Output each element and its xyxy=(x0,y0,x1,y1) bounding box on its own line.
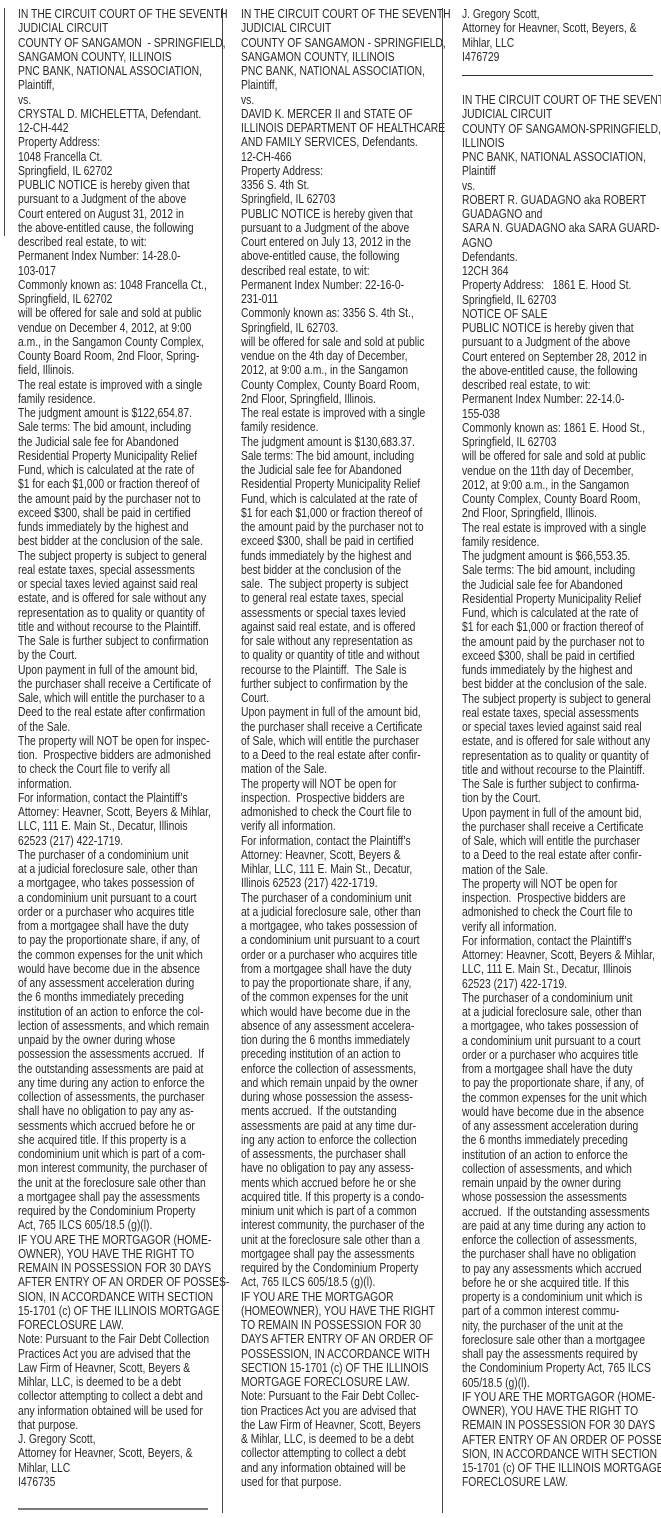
text-line: accrued. If the outstanding assessments xyxy=(462,1205,659,1219)
text-line: Property Address: xyxy=(241,164,438,178)
text-line: mortgagee shall pay the assessments xyxy=(241,1247,438,1261)
text-line: JUDICIAL CIRCUIT xyxy=(462,107,659,121)
text-line: 2nd Floor, Springfield, Illinois. xyxy=(462,506,659,520)
text-line: $1 for each $1,000 or fraction thereof o… xyxy=(241,506,438,520)
text-line: the Judicial sale fee for Abandoned xyxy=(462,578,659,592)
text-line: the purchaser shall receive a Certificat… xyxy=(18,677,215,691)
text-line: or special taxes levied against said rea… xyxy=(18,577,215,591)
text-line: 62523 (217) 422-1719. xyxy=(462,977,659,991)
text-line: pursuant to a Judgment of the above xyxy=(241,221,438,235)
text-line: institution of an action to enforce the xyxy=(462,1148,659,1162)
text-line: would have become due in the absence xyxy=(18,962,215,976)
text-line: IF YOU ARE THE MORTGAGOR (HOME- xyxy=(462,1390,659,1404)
text-line: Defendants. xyxy=(462,250,659,264)
text-line: enforce the collection of assessments, xyxy=(462,1233,659,1247)
text-line: have no obligation to pay any assess- xyxy=(241,1161,438,1175)
text-line: The subject property is subject to gener… xyxy=(462,692,659,706)
text-line: the Judicial sale fee for Abandoned xyxy=(241,463,438,477)
text-line: TO REMAIN IN POSSESSION FOR 30 xyxy=(241,1318,438,1332)
text-line: Attorney: Heavner, Scott, Beyers & xyxy=(241,848,438,862)
text-line: 103-017 xyxy=(18,264,215,278)
text-line: AFTER ENTRY OF AN ORDER OF POSSES- xyxy=(18,1275,215,1289)
text-line: unpaid by the owner during whose xyxy=(18,1033,215,1047)
text-line: Plaintiff xyxy=(462,164,659,178)
text-line: 12-CH-442 xyxy=(18,121,215,135)
text-line: described real estate, to wit: xyxy=(18,235,215,249)
text-line: Residential Property Municipality Relief xyxy=(462,592,659,606)
text-line: Court. xyxy=(241,691,438,705)
text-line: Note: Pursuant to the Fair Debt Collec- xyxy=(241,1389,438,1403)
text-line: Residential Property Municipality Relief xyxy=(18,449,215,463)
text-line: and any information obtained will be xyxy=(241,1461,438,1475)
text-line: Commonly known as: 1048 Francella Ct., xyxy=(18,278,215,292)
text-line: of assessments, the purchaser shall xyxy=(241,1147,438,1161)
text-line: 155-038 xyxy=(462,407,659,421)
text-line: further subject to confirmation by the xyxy=(241,677,438,691)
text-line: sessments which accrued before he or xyxy=(18,1119,215,1133)
text-line: order or a purchaser who acquires title xyxy=(18,905,215,919)
text-line: from a mortgagee shall have the duty xyxy=(462,1062,659,1076)
text-line: best bidder at the conclusion of the sal… xyxy=(462,677,659,691)
text-line: to general real estate taxes, special xyxy=(241,591,438,605)
text-line: Fund, which is calculated at the rate of xyxy=(462,606,659,620)
text-line: Sale, which will entitle the purchaser t… xyxy=(18,691,215,705)
text-line: For information, contact the Plaintiff’s xyxy=(18,791,215,805)
text-line: are paid at any time during any action t… xyxy=(462,1219,659,1233)
text-line: lection of assessments, and which remain xyxy=(18,1019,215,1033)
text-line: described real estate, to wit: xyxy=(462,378,659,392)
text-line: acquired title. If this property is a co… xyxy=(241,1190,438,1204)
text-line: pursuant to a Judgment of the above xyxy=(18,192,215,206)
text-line: FORECLOSURE LAW. xyxy=(18,1318,215,1332)
text-line: ments which accrued before he or she xyxy=(241,1176,438,1190)
text-line: FORECLOSURE LAW. xyxy=(462,1475,659,1489)
text-line: The purchaser of a condominium unit xyxy=(241,891,438,905)
text-line: I476729 xyxy=(462,50,659,64)
text-line: the 6 months immediately preceding xyxy=(462,1133,659,1147)
text-line: vendue on the 11th day of December, xyxy=(462,464,659,478)
text-line: I476735 xyxy=(18,1475,215,1489)
text-line: 2012, at 9:00 a.m., in the Sangamon xyxy=(462,478,659,492)
text-line: assessments are paid at any time dur- xyxy=(241,1119,438,1133)
text-line: pursuant to a Judgment of the above xyxy=(462,335,659,349)
text-line: a mortgagee, who takes possession of xyxy=(18,876,215,890)
text-line: admonished to check the Court file to xyxy=(462,905,659,919)
text-line: The subject property is subject to gener… xyxy=(18,549,215,563)
text-line: Act, 765 ILCS 605/18.5 (g)(l). xyxy=(241,1275,438,1289)
column-1: IN THE CIRCUIT COURT OF THE SEVENTHJUDIC… xyxy=(0,0,218,1518)
text-line: to quality or quantity of title and with… xyxy=(241,648,438,662)
text-line: family residence. xyxy=(241,420,438,434)
text-line: a condominium unit pursuant to a court xyxy=(462,1034,659,1048)
text-line: Court entered on September 28, 2012 in xyxy=(462,350,659,364)
text-line: OWNER), YOU HAVE THE RIGHT TO xyxy=(18,1247,215,1261)
column-3: J. Gregory Scott,Attorney for Heavner, S… xyxy=(442,0,660,1518)
text-line: shall have no obligation to pay any as- xyxy=(18,1104,215,1118)
text-line: real estate taxes, special assessments xyxy=(462,706,659,720)
text-line: any information obtained will be used fo… xyxy=(18,1404,215,1418)
text-line: of the common expenses for the unit xyxy=(241,990,438,1004)
text-line: absence of any assessment accelera- xyxy=(241,1019,438,1033)
text-line: County Complex, County Board Room, xyxy=(462,492,659,506)
text-line: possession the assessments accrued. If xyxy=(18,1047,215,1061)
text-line: Attorney for Heavner, Scott, Beyers, & xyxy=(18,1446,215,1460)
text-line: remain unpaid by the owner during xyxy=(462,1176,659,1190)
text-line: For information, contact the Plaintiff’s xyxy=(241,834,438,848)
text-line: SION, IN ACCORDANCE WITH SECTION xyxy=(18,1290,215,1304)
text-line: to pay the proportionate share, if any, … xyxy=(18,933,215,947)
text-line: Attorney: Heavner, Scott, Beyers & Mihla… xyxy=(462,948,659,962)
text-line: vs. xyxy=(18,93,215,107)
text-line: collection of assessments, and which xyxy=(462,1162,659,1176)
text-line: during whose possession the assess- xyxy=(241,1090,438,1104)
text-line: of the Sale. xyxy=(18,720,215,734)
notice-3-text: IN THE CIRCUIT COURT OF THE SEVENTHJUDIC… xyxy=(462,93,659,1490)
text-line: PUBLIC NOTICE is hereby given that xyxy=(462,321,659,335)
text-line: a mortgagee, who takes possession of xyxy=(241,919,438,933)
text-line: to pay the proportionate share, if any, … xyxy=(462,1076,659,1090)
text-line: LLC, 111 E. Main St., Decatur, Illinois xyxy=(462,962,659,976)
text-line: a condominium unit pursuant to a court xyxy=(18,891,215,905)
text-line: that purpose. xyxy=(18,1418,215,1432)
text-line: 62523 (217) 422-1719. xyxy=(18,834,215,848)
text-line: she acquired title. If this property is … xyxy=(18,1133,215,1147)
text-line: will be offered for sale and sold at pub… xyxy=(18,306,215,320)
text-line: sale. The subject property is subject xyxy=(241,577,438,591)
text-line: required by the Condominium Property xyxy=(18,1204,215,1218)
text-line: Permanent Index Number: 22-14.0- xyxy=(462,392,659,406)
text-line: or special taxes levied against said rea… xyxy=(462,720,659,734)
text-line: foreclosure sale other than a mortgagee xyxy=(462,1333,659,1347)
text-line: which would have become due in the xyxy=(241,1005,438,1019)
text-line: 12CH 364 xyxy=(462,264,659,278)
text-line: POSSESSION, IN ACCORDANCE WITH xyxy=(241,1347,438,1361)
text-line: The judgment amount is $66,553.35. xyxy=(462,549,659,563)
text-line: DAYS AFTER ENTRY OF AN ORDER OF xyxy=(241,1332,438,1346)
text-line: PNC BANK, NATIONAL ASSOCIATION, xyxy=(241,64,438,78)
text-line: COUNTY OF SANGAMON - SPRINGFIELD, xyxy=(241,36,438,50)
text-line: of Sale, which will entitle the purchase… xyxy=(462,834,659,848)
text-line: mation of the Sale. xyxy=(241,762,438,776)
text-line: AGNO xyxy=(462,236,659,250)
text-line: Attorney for Heavner, Scott, Beyers, & xyxy=(462,21,659,35)
text-line: Sale terms: The bid amount, including xyxy=(462,563,659,577)
text-line: tion. Prospective bidders are admonished xyxy=(18,748,215,762)
text-line: to pay any assessments which accrued xyxy=(462,1262,659,1276)
text-line: part of a common interest commu- xyxy=(462,1304,659,1318)
text-line: REMAIN IN POSSESSION FOR 30 DAYS xyxy=(462,1418,659,1432)
text-line: SANGAMON COUNTY, ILLINOIS xyxy=(18,50,215,64)
text-line: the unit at the foreclosure sale other t… xyxy=(18,1176,215,1190)
text-line: The property will NOT be open for inspec… xyxy=(18,734,215,748)
text-line: the above-entitled cause, the following xyxy=(462,364,659,378)
text-line: vs. xyxy=(241,93,438,107)
text-line: 15-1701 (c) OF THE ILLINOIS MORTGAGE xyxy=(18,1304,215,1318)
text-line: Springfield, IL 62702 xyxy=(18,164,215,178)
text-line: order or a purchaser who acquires title xyxy=(241,948,438,962)
text-line: Fund, which is calculated at the rate of xyxy=(18,463,215,477)
text-line: 15-1701 (c) OF THE ILLINOIS MORTGAGE xyxy=(462,1461,659,1475)
text-line: real estate taxes, special assessments xyxy=(18,563,215,577)
text-line: minium unit which is part of a common xyxy=(241,1204,438,1218)
text-line: tion Practices Act you are advised that xyxy=(241,1404,438,1418)
text-line: Permanent Index Number: 14-28.0- xyxy=(18,249,215,263)
text-line: of any assessment acceleration during xyxy=(462,1119,659,1133)
text-line: assessments or special taxes levied xyxy=(241,606,438,620)
text-line: IN THE CIRCUIT COURT OF THE SEVENTH xyxy=(18,7,215,21)
text-line: a.m., in the Sangamon County Complex, xyxy=(18,335,215,349)
text-line: to a Deed to the real estate after confi… xyxy=(462,848,659,862)
text-line: mon interest community, the purchaser of xyxy=(18,1161,215,1175)
text-line: SION, IN ACCORDANCE WITH SECTION xyxy=(462,1447,659,1461)
text-line: from a mortgagee shall have the duty xyxy=(241,962,438,976)
text-line: inspection. Prospective bidders are xyxy=(241,791,438,805)
column-2-left-rule xyxy=(222,8,223,1513)
text-line: REMAIN IN POSSESSION FOR 30 DAYS xyxy=(18,1261,215,1275)
text-line: Plaintiff, xyxy=(18,78,215,92)
text-line: Residential Property Municipality Relief xyxy=(241,477,438,491)
text-line: (HOMEOWNER), YOU HAVE THE RIGHT xyxy=(241,1304,438,1318)
text-line: CRYSTAL D. MICHELETTA, Defendant. xyxy=(18,107,215,121)
text-line: PUBLIC NOTICE is hereby given that xyxy=(18,178,215,192)
text-line: the above-entitled cause, the following xyxy=(18,221,215,235)
text-line: property is a condominium unit which is xyxy=(462,1290,659,1304)
text-line: ments accrued. If the outstanding xyxy=(241,1104,438,1118)
text-line: 231-011 xyxy=(241,292,438,306)
text-line: the 6 months immediately preceding xyxy=(18,990,215,1004)
text-line: Law Firm of Heavner, Scott, Beyers & xyxy=(18,1361,215,1375)
text-line: $1 for each $1,000 or fraction thereof o… xyxy=(18,477,215,491)
text-line: above-entitled cause, the following xyxy=(241,249,438,263)
text-line: recourse to the Plaintiff. The Sale is xyxy=(241,663,438,677)
text-line: enforce the collection of assessments, xyxy=(241,1062,438,1076)
text-line: ing any action to enforce the collection xyxy=(241,1133,438,1147)
text-line: the common expenses for the unit which xyxy=(462,1091,659,1105)
notice-1-end-divider xyxy=(18,1508,208,1510)
text-line: tion by the Court. xyxy=(462,791,659,805)
text-line: The Sale is further subject to confirma- xyxy=(462,777,659,791)
text-line: Sale terms: The bid amount, including xyxy=(241,449,438,463)
text-line: of Sale, which will entitle the purchase… xyxy=(241,734,438,748)
text-line: would have become due in the absence xyxy=(462,1105,659,1119)
text-line: from a mortgagee shall have the duty xyxy=(18,919,215,933)
text-line: order or a purchaser who acquires title xyxy=(462,1048,659,1062)
text-line: funds immediately by the highest and xyxy=(462,663,659,677)
text-line: County Complex, County Board Room, xyxy=(241,378,438,392)
text-line: estate, and is offered for sale without … xyxy=(18,591,215,605)
column-2: IN THE CIRCUIT COURT OF THE SEVENTHJUDIC… xyxy=(222,0,440,1518)
text-line: The judgment amount is $130,683.37. xyxy=(241,435,438,449)
text-line: Mihlar, LLC, 111 E. Main St., Decatur, xyxy=(241,862,438,876)
text-line: title and without recourse to the Plaint… xyxy=(462,763,659,777)
text-line: field, Illinois. xyxy=(18,363,215,377)
text-line: The Sale is further subject to confirmat… xyxy=(18,634,215,648)
text-line: The purchaser of a condominium unit xyxy=(18,848,215,862)
text-line: JUDICIAL CIRCUIT xyxy=(18,21,215,35)
text-line: IF YOU ARE THE MORTGAGOR (HOME- xyxy=(18,1233,215,1247)
text-line: the common expenses for the unit which xyxy=(18,948,215,962)
text-line: Springfield, IL 62703 xyxy=(241,192,438,206)
text-line: Deed to the real estate after confirmati… xyxy=(18,705,215,719)
text-line: a mortgagee shall pay the assessments xyxy=(18,1190,215,1204)
text-line: best bidder at the conclusion of the sal… xyxy=(18,534,215,548)
text-line: will be offered for sale and sold at pub… xyxy=(241,335,438,349)
text-line: required by the Condominium Property xyxy=(241,1261,438,1275)
text-line: used for that purpose. xyxy=(241,1475,438,1489)
text-line: Upon payment in full of the amount bid, xyxy=(18,663,215,677)
text-line: NOTICE OF SALE xyxy=(462,307,659,321)
text-line: SANGAMON COUNTY, ILLINOIS xyxy=(241,50,438,64)
text-line: County Board Room, 2nd Floor, Spring- xyxy=(18,349,215,363)
text-line: Sale terms: The bid amount, including xyxy=(18,420,215,434)
text-line: The property will NOT be open for xyxy=(241,777,438,791)
text-line: the purchaser shall have no obligation xyxy=(462,1247,659,1261)
text-line: at a judicial foreclosure sale, other th… xyxy=(462,1005,659,1019)
text-line: Upon payment in full of the amount bid, xyxy=(241,705,438,719)
text-line: unit at the foreclosure sale other than … xyxy=(241,1233,438,1247)
text-line: the amount paid by the purchaser not to xyxy=(18,492,215,506)
notice-2-text: IN THE CIRCUIT COURT OF THE SEVENTHJUDIC… xyxy=(241,7,438,1489)
text-line: funds immediately by the highest and xyxy=(18,520,215,534)
text-line: The purchaser of a condominium unit xyxy=(462,991,659,1005)
text-line: Property Address: xyxy=(18,135,215,149)
text-line: vs. xyxy=(462,179,659,193)
column-3-left-rule xyxy=(442,8,443,1513)
text-line: ILLINOIS xyxy=(462,136,659,150)
text-line: $1 for each $1,000 or fraction thereof o… xyxy=(462,620,659,634)
text-line: Commonly known as: 3356 S. 4th St., xyxy=(241,306,438,320)
text-line: Springfield, IL 62703. xyxy=(241,321,438,335)
text-line: to check the Court file to verify all xyxy=(18,762,215,776)
text-line: The real estate is improved with a singl… xyxy=(18,378,215,392)
text-line: condominium unit which is part of a com- xyxy=(18,1147,215,1161)
text-line: tion during the 6 months immediately xyxy=(241,1033,438,1047)
text-line: any time during any action to enforce th… xyxy=(18,1076,215,1090)
text-line: 3356 S. 4th St. xyxy=(241,178,438,192)
text-line: exceed $300, shall be paid in certified xyxy=(18,506,215,520)
text-line: The real estate is improved with a singl… xyxy=(241,406,438,420)
text-line: title and without recourse to the Plaint… xyxy=(18,620,215,634)
text-line: J. Gregory Scott, xyxy=(462,7,659,21)
text-line: will be offered for sale and sold at pub… xyxy=(462,449,659,463)
text-line: JUDICIAL CIRCUIT xyxy=(241,21,438,35)
notice-divider xyxy=(462,75,653,76)
text-line: AFTER ENTRY OF AN ORDER OF POSSES- xyxy=(462,1433,659,1447)
text-line: a condominium unit pursuant to a court xyxy=(241,933,438,947)
text-line: preceding institution of an action to xyxy=(241,1047,438,1061)
text-line: Act, 765 ILCS 605/18.5 (g)(l). xyxy=(18,1218,215,1232)
text-line: Commonly known as: 1861 E. Hood St., xyxy=(462,421,659,435)
text-line: before he or she acquired title. If this xyxy=(462,1276,659,1290)
text-line: Property Address: 1861 E. Hood St. xyxy=(462,278,659,292)
text-line: collector attempting to collect a debt a… xyxy=(18,1389,215,1403)
text-line: best bidder at the conclusion of the xyxy=(241,563,438,577)
text-line: vendue on the 4th day of December, xyxy=(241,349,438,363)
text-line: at a judicial foreclosure sale, other th… xyxy=(18,862,215,876)
text-line: 605/18.5 (g)(l). xyxy=(462,1376,659,1390)
text-line: PNC BANK, NATIONAL ASSOCIATION, xyxy=(18,64,215,78)
text-line: Court entered on July 13, 2012 in the xyxy=(241,235,438,249)
text-line: For information, contact the Plaintiff’s xyxy=(462,934,659,948)
text-line: PNC BANK, NATIONAL ASSOCIATION, xyxy=(462,150,659,164)
text-line: IF YOU ARE THE MORTGAGOR xyxy=(241,1290,438,1304)
text-line: COUNTY OF SANGAMON-SPRINGFIELD, xyxy=(462,122,659,136)
text-line: by the Court. xyxy=(18,648,215,662)
text-line: Note: Pursuant to the Fair Debt Collecti… xyxy=(18,1332,215,1346)
text-line: 2nd Floor, Springfield, Illinois. xyxy=(241,392,438,406)
text-line: Attorney: Heavner, Scott, Beyers & Mihla… xyxy=(18,805,215,819)
text-line: ILLINOIS DEPARTMENT OF HEALTHCARE xyxy=(241,121,438,135)
text-line: & Mihlar, LLC, is deemed to be a debt xyxy=(241,1432,438,1446)
text-line: GUADAGNO and xyxy=(462,207,659,221)
text-line: Upon payment in full of the amount bid, xyxy=(462,806,659,820)
text-line: verify all information. xyxy=(462,920,659,934)
text-line: and which remain unpaid by the owner xyxy=(241,1076,438,1090)
text-line: AND FAMILY SERVICES, Defendants. xyxy=(241,135,438,149)
text-line: the Condominium Property Act, 765 ILCS xyxy=(462,1361,659,1375)
text-line: COUNTY OF SANGAMON - SPRINGFIELD, xyxy=(18,36,215,50)
text-line: IN THE CIRCUIT COURT OF THE SEVENTH xyxy=(462,93,659,107)
text-line: a mortgagee, who takes possession of xyxy=(462,1019,659,1033)
text-line: exceed $300, shall be paid in certified xyxy=(241,534,438,548)
text-line: PUBLIC NOTICE is hereby given that xyxy=(241,207,438,221)
text-line: whose possession the assessments xyxy=(462,1190,659,1204)
text-line: SARA N. GUADAGNO aka SARA GUARD- xyxy=(462,221,659,235)
text-line: at a judicial foreclosure sale, other th… xyxy=(241,905,438,919)
text-line: Springfield, IL 62703 xyxy=(462,293,659,307)
text-line: Permanent Index Number: 22-16-0- xyxy=(241,278,438,292)
text-line: the Judicial sale fee for Abandoned xyxy=(18,435,215,449)
column-1-left-rule xyxy=(4,8,5,236)
text-line: Fund, which is calculated at the rate of xyxy=(241,492,438,506)
text-line: for sale without any representation as xyxy=(241,634,438,648)
text-line: to a Deed to the real estate after confi… xyxy=(241,748,438,762)
text-line: of any assessment acceleration during xyxy=(18,976,215,990)
text-line: estate, and is offered for sale without … xyxy=(462,734,659,748)
text-line: Court entered on August 31, 2012 in xyxy=(18,207,215,221)
text-line: the Law Firm of Heavner, Scott, Beyers xyxy=(241,1418,438,1432)
text-line: verify all information. xyxy=(241,819,438,833)
text-line: The property will NOT be open for xyxy=(462,877,659,891)
text-line: representation as to quality or quantity… xyxy=(18,606,215,620)
text-line: The judgment amount is $122,654.87. xyxy=(18,406,215,420)
text-line: Mihlar, LLC xyxy=(462,36,659,50)
text-line: interest community, the purchaser of the xyxy=(241,1218,438,1232)
text-line: 2012, at 9:00 a.m., in the Sangamon xyxy=(241,363,438,377)
text-line: described real estate, to wit: xyxy=(241,264,438,278)
text-line: family residence. xyxy=(18,392,215,406)
text-line: OWNER), YOU HAVE THE RIGHT TO xyxy=(462,1404,659,1418)
text-line: information. xyxy=(18,777,215,791)
text-line: to pay the proportionate share, if any, xyxy=(241,976,438,990)
text-line: the amount paid by the purchaser not to xyxy=(241,520,438,534)
text-line: Springfield, IL 62702 xyxy=(18,292,215,306)
text-line: Mihlar, LLC xyxy=(18,1461,215,1475)
text-line: the purchaser shall receive a Certificat… xyxy=(462,820,659,834)
text-line: 1048 Francella Ct. xyxy=(18,150,215,164)
text-line: admonished to check the Court file to xyxy=(241,805,438,819)
text-line: The real estate is improved with a singl… xyxy=(462,521,659,535)
text-line: inspection. Prospective bidders are xyxy=(462,891,659,905)
text-line: institution of an action to enforce the … xyxy=(18,1005,215,1019)
text-line: IN THE CIRCUIT COURT OF THE SEVENTH xyxy=(241,7,438,21)
text-line: exceed $300, shall be paid in certified xyxy=(462,649,659,663)
text-line: Mihlar, LLC, is deemed to be a debt xyxy=(18,1375,215,1389)
text-line: shall pay the assessments required by xyxy=(462,1347,659,1361)
text-line: collector attempting to collect a debt xyxy=(241,1446,438,1460)
notice-2-signature-text: J. Gregory Scott,Attorney for Heavner, S… xyxy=(462,7,659,64)
text-line: the amount paid by the purchaser not to xyxy=(462,635,659,649)
